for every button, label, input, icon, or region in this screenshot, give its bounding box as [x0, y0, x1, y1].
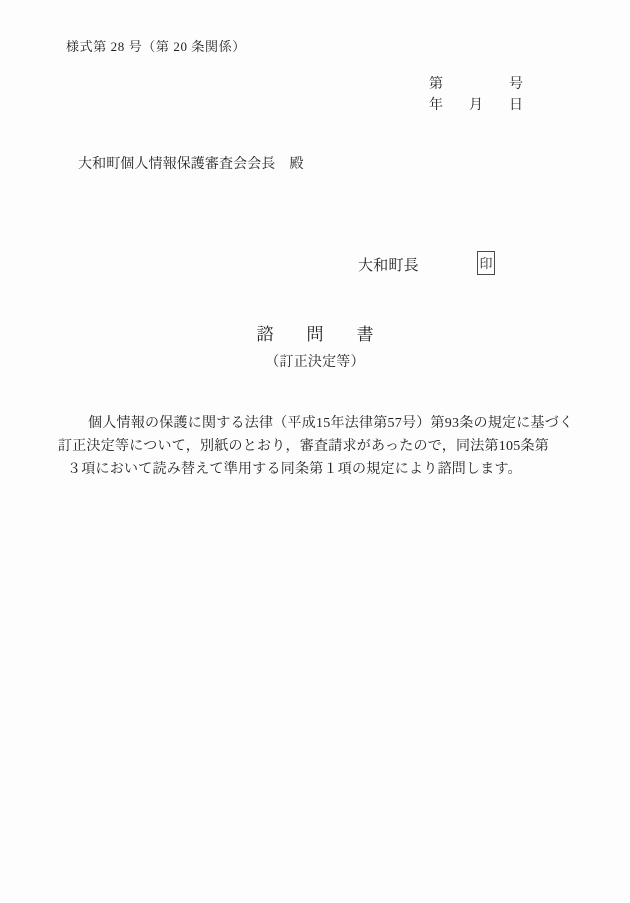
date-month-label: 月 [469, 95, 509, 116]
body-line: ３項において読み替えて準用する同条第１項の規定により諮問します。 [67, 458, 577, 481]
addressee-line: 大和町個人情報保護審査会会長 殿 [78, 153, 304, 173]
document-page: 様式第 28 号（第 20 条関係） 第 号 年 月 日 大和町個人情報保護審査… [0, 0, 630, 903]
doc-number-suffix: 号 [509, 74, 549, 95]
body-line: 訂正決定等について，別紙のとおり，審査請求があったので，同法第105条第 [58, 435, 577, 458]
body-line: 個人情報の保護に関する法律（平成15年法律第57号）第93条の規定に基づく [88, 412, 577, 435]
seal-mark: 印 [479, 257, 492, 270]
doc-number-line: 第 号 [429, 74, 549, 95]
date-year-label: 年 [429, 95, 469, 116]
date-line: 年 月 日 [429, 95, 549, 116]
body-paragraph: 個人情報の保護に関する法律（平成15年法律第57号）第93条の規定に基づく 訂正… [57, 412, 577, 481]
document-subtitle: （訂正決定等） [0, 351, 630, 371]
doc-number-date-block: 第 号 年 月 日 [429, 74, 549, 116]
date-day-label: 日 [509, 95, 549, 116]
form-number: 様式第 28 号（第 20 条関係） [66, 36, 246, 55]
doc-number-blank [469, 74, 509, 95]
seal-box: 印 [477, 251, 495, 275]
doc-number-prefix: 第 [429, 74, 469, 95]
document-title: 諮 問 書 [0, 320, 630, 345]
sender-title: 大和町長 [358, 254, 419, 275]
